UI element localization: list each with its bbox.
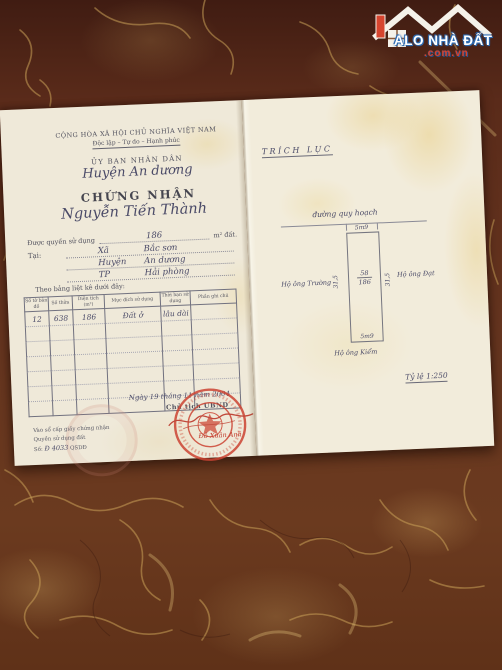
registry-number: Đ 4033 (44, 444, 68, 453)
table-intro: Theo bảng liệt kê dưới đây: (35, 282, 125, 294)
logo-domain-text: .com.vn (424, 48, 469, 59)
usage-prefix: Được quyền sử dụng (27, 236, 95, 247)
certificate-left-page: CỘNG HÒA XÃ HỘI CHỦ NGHĨA VIỆT NAM Độc l… (0, 100, 256, 466)
parcel-area: 186 (349, 278, 380, 288)
usage-suffix: m² đất. (213, 230, 237, 239)
registry-note: Vào sổ cấp giấy chứng nhận Quyền sử dụng… (33, 424, 110, 455)
plot-width-bottom: 5m9 (351, 332, 382, 340)
land-certificate-document: CỘNG HÒA XÃ HỘI CHỦ NGHĨA VIỆT NAM Độc l… (0, 90, 494, 466)
plot-length-right: 31,5 (384, 273, 392, 287)
plot-rectangle: 58 186 5m9 (346, 231, 384, 342)
neighbor-bottom: Hộ ông Kiểm (334, 348, 377, 358)
extract-title: TRÍCH LỤC (262, 144, 333, 158)
plot-width-top: 5m9 (346, 224, 377, 232)
neighbor-right: Hộ ông Đạt (397, 269, 435, 279)
location-label: Tại: (28, 252, 42, 261)
neighbor-left: Hộ ông Trường (281, 278, 331, 288)
alo-nha-dat-watermark: ALO NHÀ ĐẤT .com.vn (366, 0, 500, 64)
site-plan-right-page: TRÍCH LỤC đường quy hoạch 5m9 58 186 5m9… (242, 90, 495, 456)
photo-scene: CỘNG HÒA XÃ HỘI CHỦ NGHĨA VIỆT NAM Độc l… (0, 0, 502, 670)
map-scale: Tỷ lệ 1:250 (405, 371, 448, 384)
road-label: đường quy hoạch (312, 207, 378, 219)
logo-brand-text: ALO NHÀ ĐẤT (394, 33, 493, 48)
parcel-fraction: 58 186 (349, 268, 381, 287)
plot-length-left: 31,5 (332, 275, 340, 289)
